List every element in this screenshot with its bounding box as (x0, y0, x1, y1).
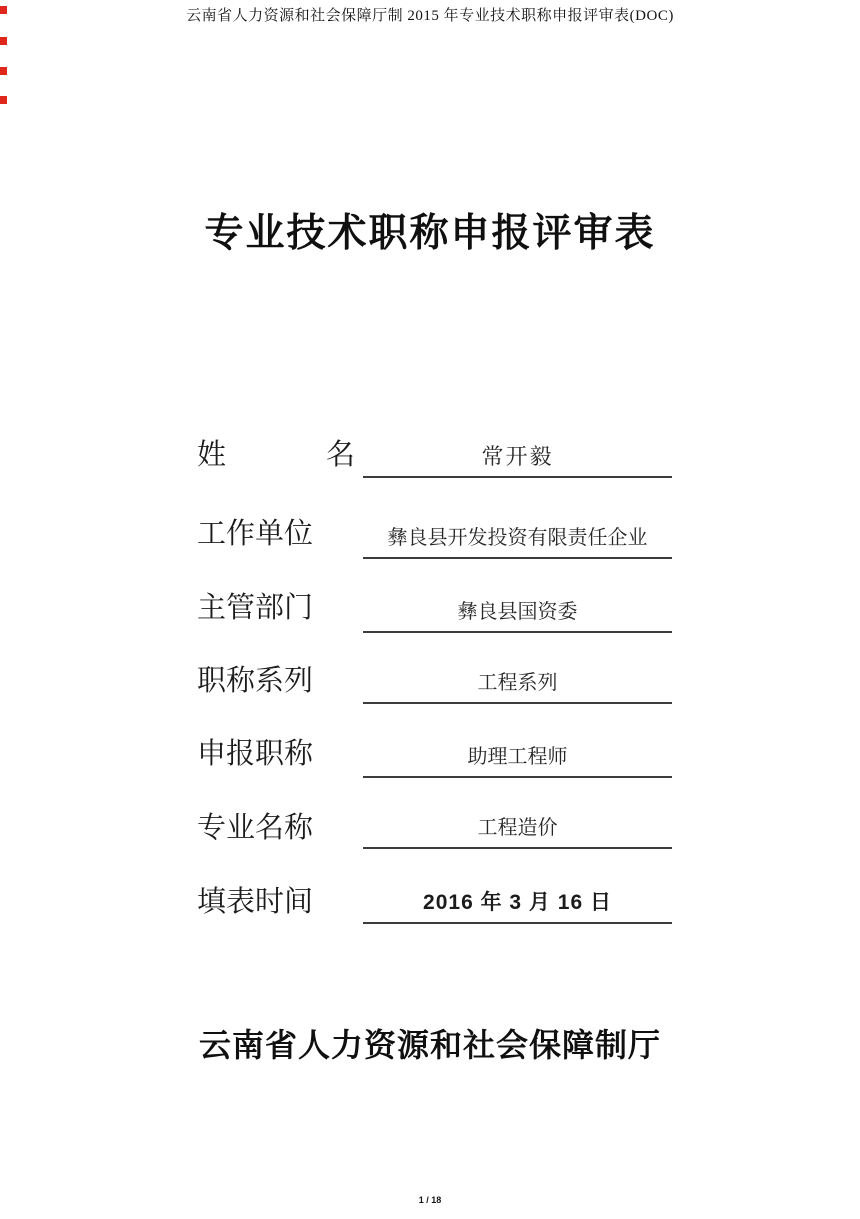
field-label-specialty-name: 专业名称 (197, 813, 313, 844)
issuing-organization: 云南省人力资源和社会保障制厅 (0, 1020, 860, 1066)
field-value-declared-title: 助理工程师 (363, 738, 672, 778)
field-label-supervising-department: 主管部门 (197, 593, 313, 624)
field-value-name: 常开毅 (363, 438, 672, 478)
field-value-title-series: 工程系列 (363, 664, 672, 704)
field-value-fill-date: 2016 年 3 月 16 日 (363, 884, 672, 924)
document-page: 云南省人力资源和社会保障厅制 2015 年专业技术职称申报评审表(DOC) 专业… (0, 0, 860, 1219)
field-value-work-unit: 彝良县开发投资有限责任企业 (363, 519, 672, 559)
red-edge-mark (0, 67, 7, 75)
field-label-title-series: 职称系列 (197, 666, 313, 697)
field-label-fill-date: 填表时间 (197, 887, 313, 918)
red-edge-mark (0, 96, 7, 104)
field-value-supervising-department: 彝良县国资委 (363, 593, 672, 633)
red-edge-mark (0, 37, 7, 45)
document-title: 专业技术职称申报评审表 (0, 202, 860, 258)
page-number: 1 / 18 (0, 1195, 860, 1205)
document-header-line: 云南省人力资源和社会保障厅制 2015 年专业技术职称申报评审表(DOC) (0, 6, 860, 26)
field-value-specialty-name: 工程造价 (363, 809, 672, 849)
field-label-work-unit: 工作单位 (197, 519, 313, 550)
red-edge-mark (0, 6, 7, 14)
field-label-declared-title: 申报职称 (197, 739, 313, 770)
